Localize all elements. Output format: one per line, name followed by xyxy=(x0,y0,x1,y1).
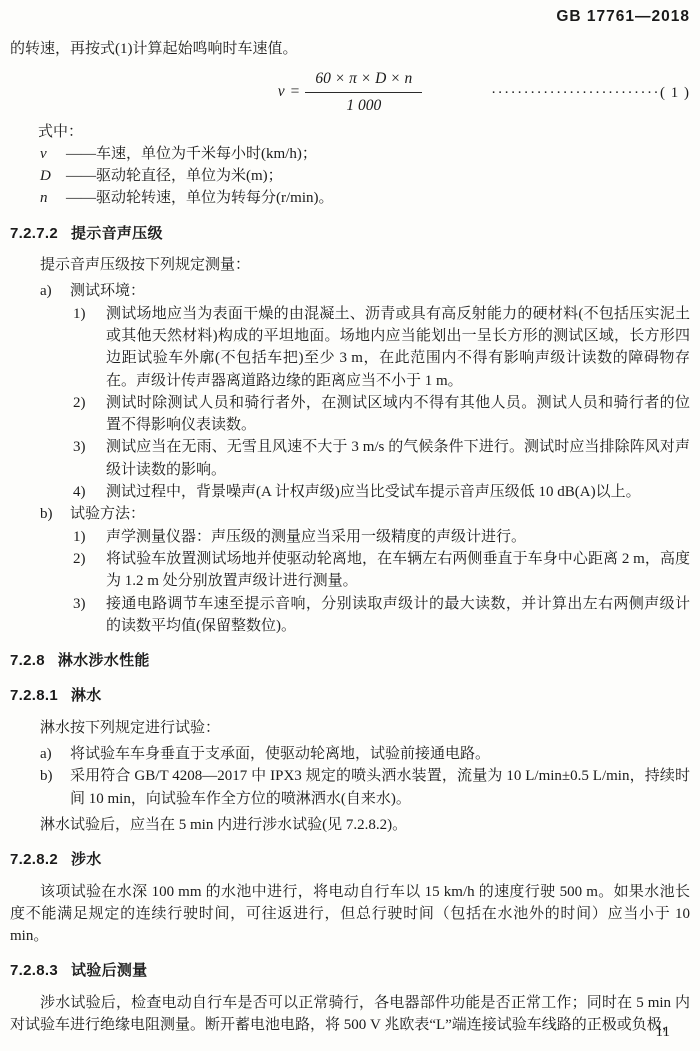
list-item-marker: 4) xyxy=(73,481,106,503)
document-page: GB 17761—2018 的转速，再按式(1)计算起始鸣响时车速值。 v = … xyxy=(0,0,700,1051)
list-item-text: 试验方法： xyxy=(70,503,690,525)
where-clause-label: 式中： xyxy=(38,121,690,143)
section-heading-7-2-8-2: 7.2.8.2涉水 xyxy=(10,849,690,871)
where-term-D: D ——驱动轮直径，单位为米(m)； xyxy=(10,165,690,187)
standard-number: GB 17761—2018 xyxy=(556,8,690,25)
section-number: 7.2.8 xyxy=(10,652,45,669)
list-item-b1: 1) 声学测量仪器：声压级的测量应当采用一级精度的声级计进行。 xyxy=(10,526,690,548)
section-heading-7-2-8-3: 7.2.8.3试验后测量 xyxy=(10,960,690,982)
list-item-marker: 3) xyxy=(73,436,106,481)
equation-1: v = 60 × π × D × n 1 000 ···············… xyxy=(10,69,690,117)
list-item-text: 将试验车放置测试场地并使驱动轮离地，在车辆左右两侧垂直于车身中心距离 2 m，高… xyxy=(106,548,690,593)
list-item-marker: 2) xyxy=(73,548,106,593)
section-number: 7.2.8.2 xyxy=(10,851,58,868)
list-item-text: 测试时除测试人员和骑行者外，在测试区域内不得有其他人员。测试人员和骑行者的位置不… xyxy=(106,392,690,437)
list-item-a: a) 测试环境： xyxy=(10,280,690,302)
term-symbol: D xyxy=(40,165,66,187)
list-item-text: 测试应当在无雨、无雪且风速不大于 3 m/s 的气候条件下进行。测试时应当排除阵… xyxy=(106,436,690,481)
term-symbol: v xyxy=(40,143,66,165)
list-item-marker: 2) xyxy=(73,392,106,437)
section-heading-7-2-8-1: 7.2.8.1淋水 xyxy=(10,685,690,707)
page-number: 11 xyxy=(656,1021,670,1043)
section-number: 7.2.7.2 xyxy=(10,225,58,242)
body-paragraph: 该项试验在水深 100 mm 的水池中进行，将电动自行车以 15 km/h 的速… xyxy=(10,881,690,948)
term-definition: ——驱动轮直径，单位为米(m)； xyxy=(66,165,690,187)
page-header: GB 17761—2018 xyxy=(10,6,690,28)
fraction: 60 × π × D × n 1 000 xyxy=(305,68,422,118)
intro-paragraph: 的转速，再按式(1)计算起始鸣响时车速值。 xyxy=(10,38,690,60)
list-item-a4: 4) 测试过程中，背景噪声(A 计权声级)应当比受试车提示音声压级低 10 dB… xyxy=(10,481,690,503)
where-term-n: n ——驱动轮转速，单位为转每分(r/min)。 xyxy=(10,187,690,209)
list-item-b3: 3) 接通电路调节车速至提示音响，分别读取声级计的最大读数，并计算出左右两侧声级… xyxy=(10,593,690,638)
list-item-b: b) 试验方法： xyxy=(10,503,690,525)
list-item-text: 声学测量仪器：声压级的测量应当采用一级精度的声级计进行。 xyxy=(106,526,690,548)
list-item-a: a) 将试验车车身垂直于支承面，使驱动轮离地，试验前接通电路。 xyxy=(10,743,690,765)
section-number: 7.2.8.1 xyxy=(10,687,58,704)
fraction-denominator: 1 000 xyxy=(305,93,422,117)
list-item-text: 将试验车车身垂直于支承面，使驱动轮离地，试验前接通电路。 xyxy=(70,743,690,765)
section-title: 涉水 xyxy=(71,851,102,868)
lead-paragraph: 淋水按下列规定进行试验： xyxy=(10,717,690,739)
list-item-marker: 3) xyxy=(73,593,106,638)
section-number: 7.2.8.3 xyxy=(10,962,58,979)
list-item-marker: b) xyxy=(40,765,70,810)
term-definition: ——车速，单位为千米每小时(km/h)； xyxy=(66,143,690,165)
list-item-marker: 1) xyxy=(73,526,106,548)
section-title: 试验后测量 xyxy=(71,962,148,979)
list-item-b2: 2) 将试验车放置测试场地并使驱动轮离地，在车辆左右两侧垂直于车身中心距离 2 … xyxy=(10,548,690,593)
list-item-marker: a) xyxy=(40,743,70,765)
section-title: 淋水涉水性能 xyxy=(58,652,150,669)
term-symbol: n xyxy=(40,187,66,209)
list-item-marker: b) xyxy=(40,503,70,525)
list-item-a1: 1) 测试场地应当为表面干燥的由混凝土、沥青或具有高反射能力的硬材料(不包括压实… xyxy=(10,303,690,392)
section-title: 提示音声压级 xyxy=(71,225,163,242)
equation-number: ( 1 ) xyxy=(660,84,690,100)
dot-leader: ·························· xyxy=(491,84,660,100)
list-item-marker: a) xyxy=(40,280,70,302)
body-paragraph: 涉水试验后，检查电动自行车是否可以正常骑行，各电器部件功能是否正常工作；同时在 … xyxy=(10,992,690,1037)
fraction-numerator: 60 × π × D × n xyxy=(305,68,422,93)
list-item-marker: 1) xyxy=(73,303,106,392)
list-item-text: 测试场地应当为表面干燥的由混凝土、沥青或具有高反射能力的硬材料(不包括压实泥土或… xyxy=(106,303,690,392)
section-heading-7-2-8: 7.2.8淋水涉水性能 xyxy=(10,650,690,672)
list-item-text: 测试过程中，背景噪声(A 计权声级)应当比受试车提示音声压级低 10 dB(A)… xyxy=(106,481,690,503)
section-title: 淋水 xyxy=(71,687,102,704)
closing-paragraph: 淋水试验后，应当在 5 min 内进行涉水试验(见 7.2.8.2)。 xyxy=(10,814,690,836)
equation-reference: ··························( 1 ) xyxy=(491,81,690,103)
equation-lhs-variable: v xyxy=(278,81,285,103)
list-item-a2: 2) 测试时除测试人员和骑行者外，在测试区域内不得有其他人员。测试人员和骑行者的… xyxy=(10,392,690,437)
section-heading-7-2-7-2: 7.2.7.2提示音声压级 xyxy=(10,223,690,245)
list-item-text: 采用符合 GB/T 4208—2017 中 IPX3 规定的喷头洒水装置，流量为… xyxy=(70,765,690,810)
list-item-a3: 3) 测试应当在无雨、无雪且风速不大于 3 m/s 的气候条件下进行。测试时应当… xyxy=(10,436,690,481)
list-item-text: 接通电路调节车速至提示音响，分别读取声级计的最大读数，并计算出左右两侧声级计的读… xyxy=(106,593,690,638)
lead-paragraph: 提示音声压级按下列规定测量： xyxy=(10,254,690,276)
where-term-v: v ——车速，单位为千米每小时(km/h)； xyxy=(10,143,690,165)
list-item-text: 测试环境： xyxy=(70,280,690,302)
equals-sign: = xyxy=(291,81,300,103)
term-definition: ——驱动轮转速，单位为转每分(r/min)。 xyxy=(66,187,690,209)
list-item-b: b) 采用符合 GB/T 4208—2017 中 IPX3 规定的喷头洒水装置，… xyxy=(10,765,690,810)
